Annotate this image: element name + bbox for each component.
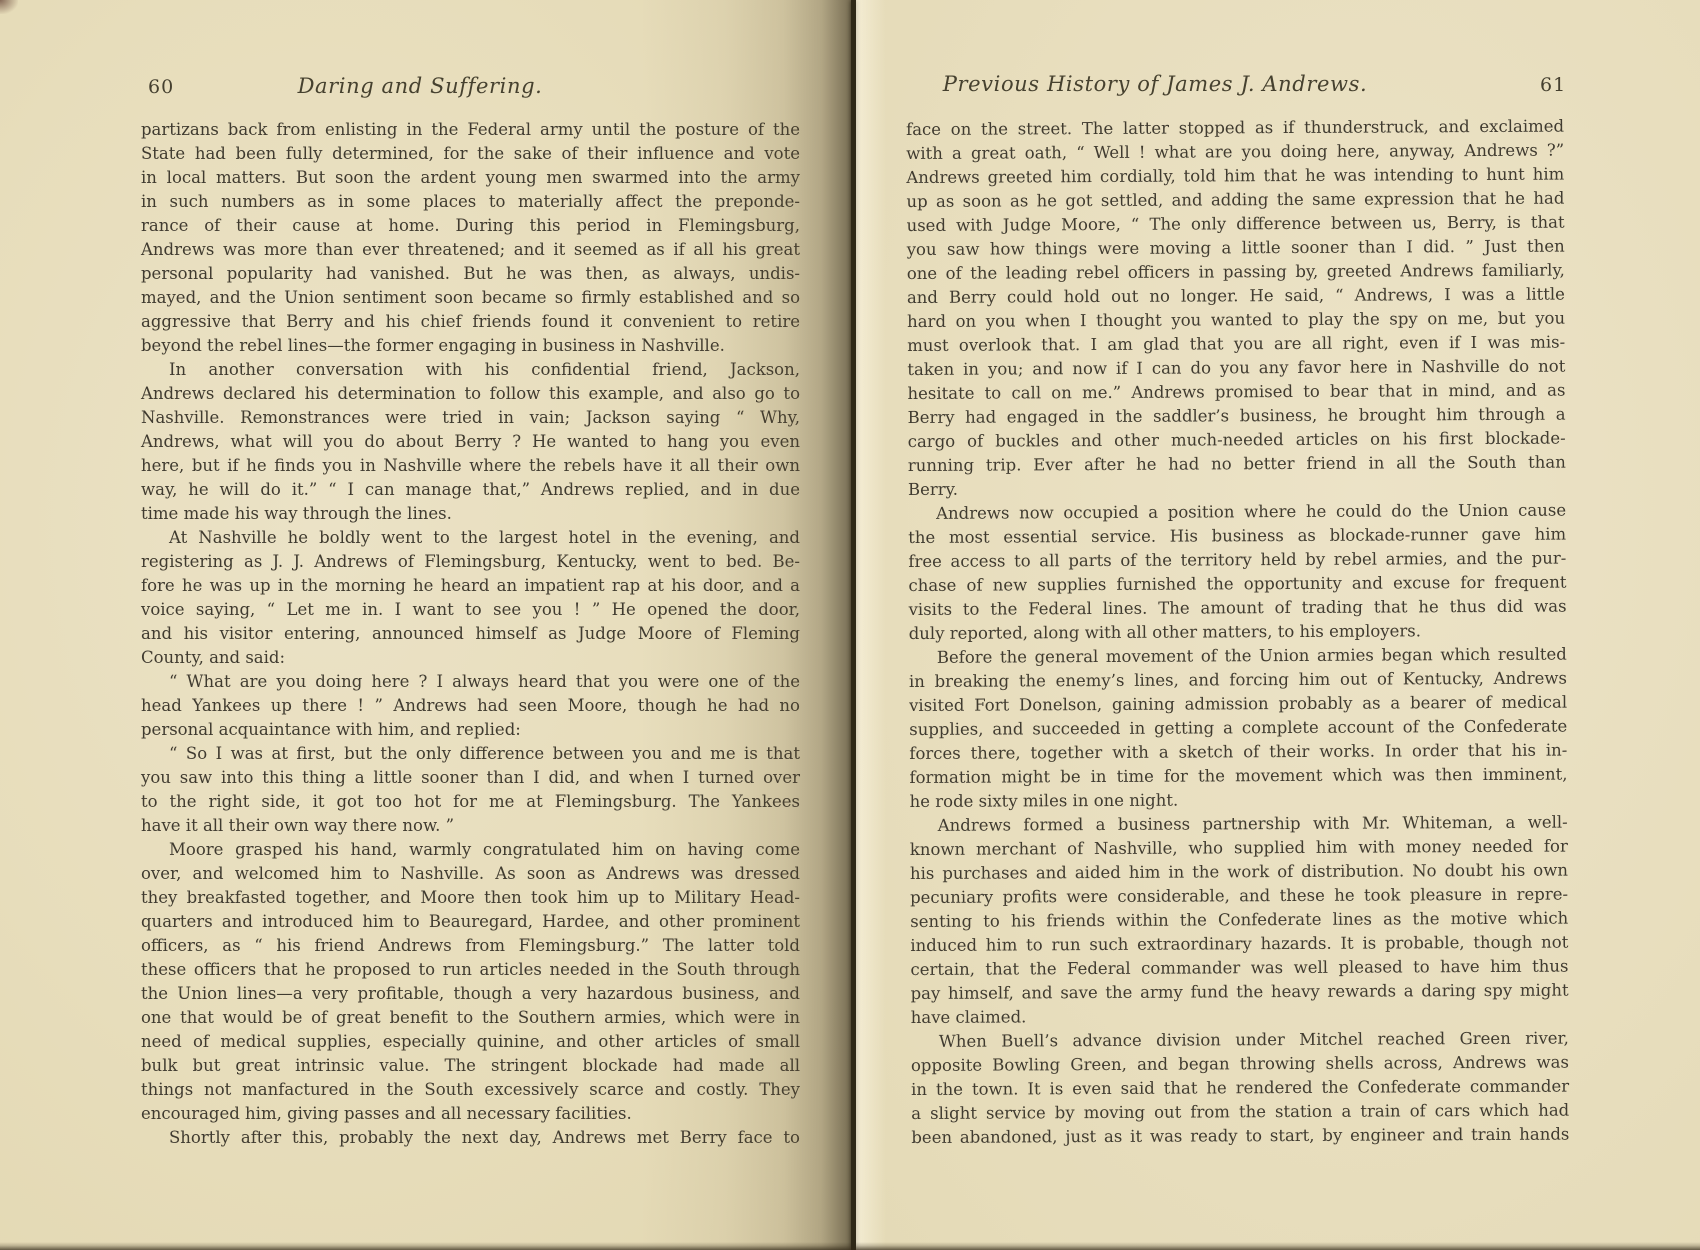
text-line: to the right side, it got too hot for me…	[141, 790, 800, 814]
text-line: face on the street. The latter stopped a…	[906, 115, 1564, 142]
text-line: Berry.	[908, 475, 1566, 502]
running-head-right: Previous History of James J. Andrews.	[855, 72, 1455, 96]
text-line: and his visitor entering, announced hims…	[141, 622, 800, 646]
text-line: formation might be in time for the movem…	[909, 763, 1567, 790]
text-line: senting to his friends within the Confed…	[910, 907, 1568, 934]
right-page-lines: face on the street. The latter stopped a…	[906, 115, 1569, 1150]
text-line: his purchases and aided him in the work …	[910, 859, 1568, 886]
text-line: Andrews, what will you do about Berry ? …	[141, 430, 800, 454]
text-line: you saw how things were moving a little …	[907, 235, 1565, 262]
running-head-left: Daring and Suffering.	[140, 74, 700, 98]
text-line: Andrews was more than ever threatened; a…	[141, 238, 800, 262]
text-line: County, and said:	[141, 646, 800, 670]
text-line: certain, that the Federal commander was …	[910, 955, 1568, 982]
text-line: visits to the Federal lines. The amount …	[909, 595, 1567, 622]
text-line: bulk but great intrinsic value. The stri…	[141, 1054, 800, 1078]
text-line: way, he will do it.” “ I can manage that…	[141, 478, 800, 502]
text-line: in breaking the enemy’s lines, and forci…	[909, 667, 1567, 694]
text-line: partizans back from enlisting in the Fed…	[141, 118, 800, 142]
text-line: the Union lines—a very profitable, thoug…	[141, 982, 800, 1006]
text-line: pecuniary profits were considerable, and…	[910, 883, 1568, 910]
text-line: these officers that he proposed to run a…	[141, 958, 800, 982]
text-line: here, but if he finds you in Nashville w…	[141, 454, 800, 478]
text-line: with a great oath, “ Well ! what are you…	[906, 139, 1564, 166]
text-line: Andrews declared his determination to fo…	[141, 382, 800, 406]
text-line: At Nashville he boldly went to the large…	[141, 526, 800, 550]
text-line: quarters and introduced him to Beauregar…	[141, 910, 800, 934]
text-line: visited Fort Donelson, gaining admission…	[909, 691, 1567, 718]
text-line: one of the leading rebel officers in pas…	[907, 259, 1565, 286]
text-line: time made his way through the lines.	[141, 502, 800, 526]
text-line: head Yankees up there ! ” Andrews had se…	[141, 694, 800, 718]
text-line: “ What are you doing here ? I always hea…	[141, 670, 800, 694]
text-line: pay himself, and save the army fund the …	[911, 979, 1569, 1006]
left-page-lines: partizans back from enlisting in the Fed…	[141, 118, 800, 1150]
text-line: encouraged him, giving passes and all ne…	[141, 1102, 800, 1126]
text-line: rance of their cause at home. During thi…	[141, 214, 800, 238]
text-line: the most essential service. His business…	[908, 523, 1566, 550]
text-line: hard on you when I thought you wanted to…	[907, 307, 1565, 334]
text-line: duly reported, along with all other matt…	[909, 619, 1567, 646]
text-line: he rode sixty miles in one night.	[910, 787, 1568, 814]
text-line: aggressive that Berry and his chief frie…	[141, 310, 800, 334]
text-line: “ So I was at first, but the only differ…	[141, 742, 800, 766]
page-number-right: 61	[1540, 74, 1566, 96]
text-line: and Berry could hold out no longer. He s…	[907, 283, 1565, 310]
text-line: personal acquaintance with him, and repl…	[141, 718, 800, 742]
text-line: you saw into this thing a little sooner …	[141, 766, 800, 790]
text-line: in such numbers as in some places to mat…	[141, 190, 800, 214]
text-line: need of medical supplies, especially qui…	[141, 1030, 800, 1054]
text-line: Before the general movement of the Union…	[909, 643, 1567, 670]
text-line: officers, as “ his friend Andrews from F…	[141, 934, 800, 958]
text-line: have it all their own way there now. ”	[141, 814, 800, 838]
text-line: Andrews now occupied a position where he…	[908, 499, 1566, 526]
text-line: cargo of buckles and other much-needed a…	[908, 427, 1566, 454]
text-line: registering as J. J. Andrews of Flemings…	[141, 550, 800, 574]
text-line: In another conversation with his confide…	[141, 358, 800, 382]
text-line: mayed, and the Union sentiment soon beca…	[141, 286, 800, 310]
text-line: induced him to run such extraordinary ha…	[910, 931, 1568, 958]
text-line: Berry had engaged in the saddler’s busin…	[908, 403, 1566, 430]
text-line: chase of new supplies furnished the oppo…	[908, 571, 1566, 598]
text-line: have claimed.	[911, 1003, 1569, 1030]
text-line: fore he was up in the morning he heard a…	[141, 574, 800, 598]
text-line: in the town. It is even said that he ren…	[911, 1075, 1569, 1102]
text-line: beyond the rebel lines—the former engagi…	[141, 334, 800, 358]
text-line: hesitate to call on me.” Andrews promise…	[907, 379, 1565, 406]
text-line: up as soon as he got settled, and adding…	[906, 187, 1564, 214]
text-line: a slight service by moving out from the …	[911, 1099, 1569, 1126]
text-line: in local matters. But soon the ardent yo…	[141, 166, 800, 190]
text-line: one that would be of great benefit to th…	[141, 1006, 800, 1030]
text-line: Nashville. Remonstrances were tried in v…	[141, 406, 800, 430]
text-line: running trip. Ever after he had no bette…	[908, 451, 1566, 478]
text-line: supplies, and succeeded in getting a com…	[909, 715, 1567, 742]
text-line: voice saying, “ Let me in. I want to see…	[141, 598, 800, 622]
text-line: free access to all parts of the territor…	[908, 547, 1566, 574]
text-line: Shortly after this, probably the next da…	[141, 1126, 800, 1150]
text-line: been abandoned, just as it was ready to …	[911, 1123, 1569, 1150]
text-line: must overlook that. I am glad that you a…	[907, 331, 1565, 358]
text-line: things not manfactured in the South exce…	[141, 1078, 800, 1102]
text-line: Moore grasped his hand, warmly congratul…	[141, 838, 800, 862]
text-line: State had been fully determined, for the…	[141, 142, 800, 166]
text-line: Andrews greeted him cordially, told him …	[906, 163, 1564, 190]
text-line: Andrews formed a business partnership wi…	[910, 811, 1568, 838]
text-line: over, and welcomed him to Nashville. As …	[141, 862, 800, 886]
text-line: known merchant of Nashville, who supplie…	[910, 835, 1568, 862]
text-line: used with Judge Moore, “ The only differ…	[907, 211, 1565, 238]
text-line: opposite Bowling Green, and began throwi…	[911, 1051, 1569, 1078]
text-line: When Buell’s advance division under Mitc…	[911, 1027, 1569, 1054]
text-line: they breakfasted together, and Moore the…	[141, 886, 800, 910]
text-line: personal popularity had vanished. But he…	[141, 262, 800, 286]
text-line: taken in you; and now if I can do you an…	[907, 355, 1565, 382]
text-line: forces there, together with a sketch of …	[909, 739, 1567, 766]
